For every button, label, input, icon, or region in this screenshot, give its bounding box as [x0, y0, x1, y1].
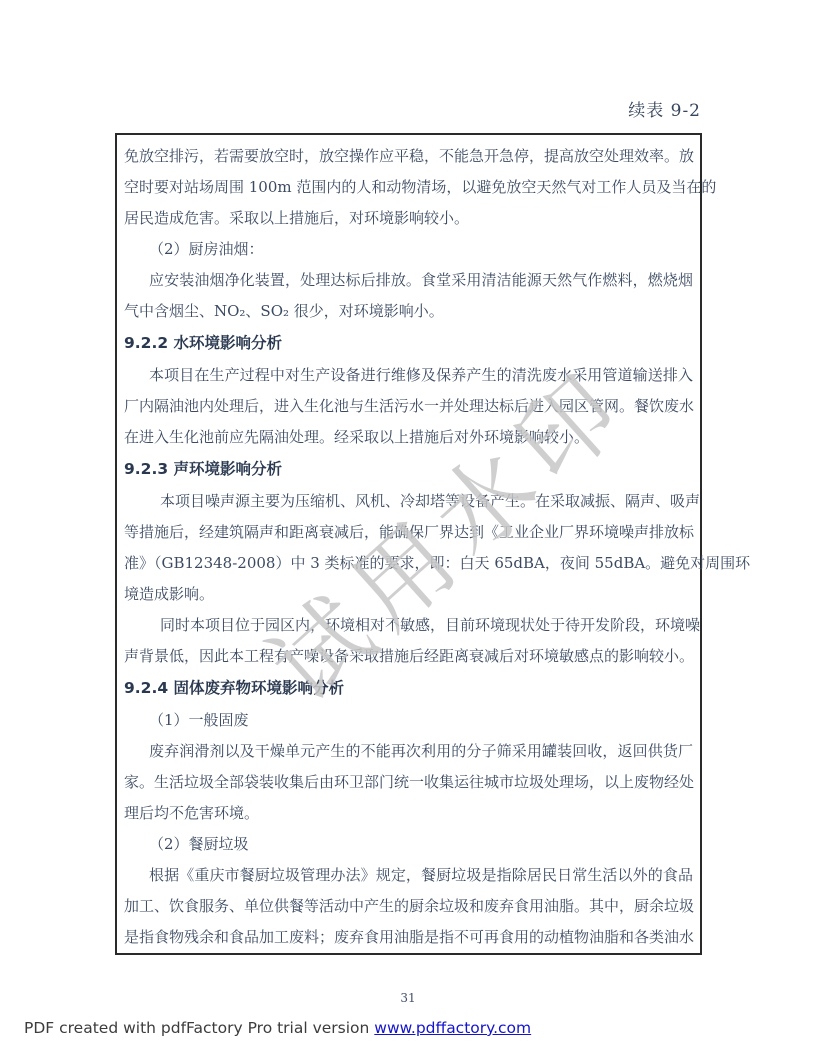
page-number: 31 [0, 991, 816, 1005]
text-line: 废弃润滑剂以及干燥单元产生的不能再次利用的分子筛采用罐装回收，返回供货厂 [124, 736, 693, 767]
text-line: 厂内隔油池内处理后，进入生化池与生活污水一并处理达标后进入园区管网。餐饮废水 [124, 391, 693, 422]
text-line: 境造成影响。 [124, 579, 693, 610]
text-line: 等措施后，经建筑隔声和距离衰减后，能确保厂界达到《工业企业厂界环境噪声排放标 [124, 517, 693, 548]
text-line: 根据《重庆市餐厨垃圾管理办法》规定，餐厨垃圾是指除居民日常生活以外的食品 [124, 860, 693, 891]
text-line: （1）一般固废 [124, 705, 693, 736]
text-line: 本项目在生产过程中对生产设备进行维修及保养产生的清洗废水采用管道输送排入 [124, 360, 693, 391]
text-line: 同时本项目位于园区内，环境相对不敏感，目前环境现状处于待开发阶段，环境噪 [124, 610, 693, 641]
document-table: 免放空排污，若需要放空时，放空操作应平稳，不能急开急停，提高放空处理效率。放空时… [115, 133, 702, 955]
pdf-footer-text: PDF created with pdfFactory Pro trial ve… [24, 1019, 374, 1037]
section-heading: 9.2.2 水环境影响分析 [124, 327, 693, 360]
text-line: 理后均不危害环境。 [124, 798, 693, 829]
text-line: 气中含烟尘、NO₂、SO₂ 很少，对环境影响小。 [124, 296, 693, 327]
text-line: 家。生活垃圾全部袋装收集后由环卫部门统一收集运往城市垃圾处理场，以上废物经处 [124, 767, 693, 798]
text-line: 居民造成危害。采取以上措施后，对环境影响较小。 [124, 203, 693, 234]
text-line: （2）餐厨垃圾 [124, 829, 693, 860]
section-heading: 9.2.3 声环境影响分析 [124, 453, 693, 486]
text-line: 本项目噪声源主要为压缩机、风机、冷却塔等设备产生。在采取减振、隔声、吸声 [124, 486, 693, 517]
pdf-footer: PDF created with pdfFactory Pro trial ve… [24, 1019, 531, 1037]
text-line: 空时要对站场周围 100m 范围内的人和动物清场，以避免放空天然气对工作人员及当… [124, 172, 693, 203]
text-line: 准》（GB12348-2008）中 3 类标准的要求，即：白天 65dBA，夜间… [124, 548, 693, 579]
text-line: 加工、饮食服务、单位供餐等活动中产生的厨余垃圾和废弃食用油脂。其中，厨余垃圾 [124, 891, 693, 922]
section-heading: 9.2.4 固体废弃物环境影响分析 [124, 672, 693, 705]
text-line: 应安装油烟净化装置，处理达标后排放。食堂采用清洁能源天然气作燃料，燃烧烟 [124, 265, 693, 296]
continuation-table-label: 续表 9-2 [628, 96, 701, 121]
text-line: 是指食物残余和食品加工废料；废弃食用油脂是指不可再食用的动植物油脂和各类油水 [124, 922, 693, 953]
pdffactory-link[interactable]: www.pdffactory.com [374, 1019, 531, 1037]
text-line: 在进入生化池前应先隔油处理。经采取以上措施后对外环境影响较小。 [124, 422, 693, 453]
page: { "page": { "continuation_label": "续表 9-… [0, 0, 816, 1056]
text-line: （2）厨房油烟： [124, 234, 693, 265]
text-line: 免放空排污，若需要放空时，放空操作应平稳，不能急开急停，提高放空处理效率。放 [124, 141, 693, 172]
text-line: 声背景低，因此本工程有产噪设备采取措施后经距离衰减后对环境敏感点的影响较小。 [124, 641, 693, 672]
